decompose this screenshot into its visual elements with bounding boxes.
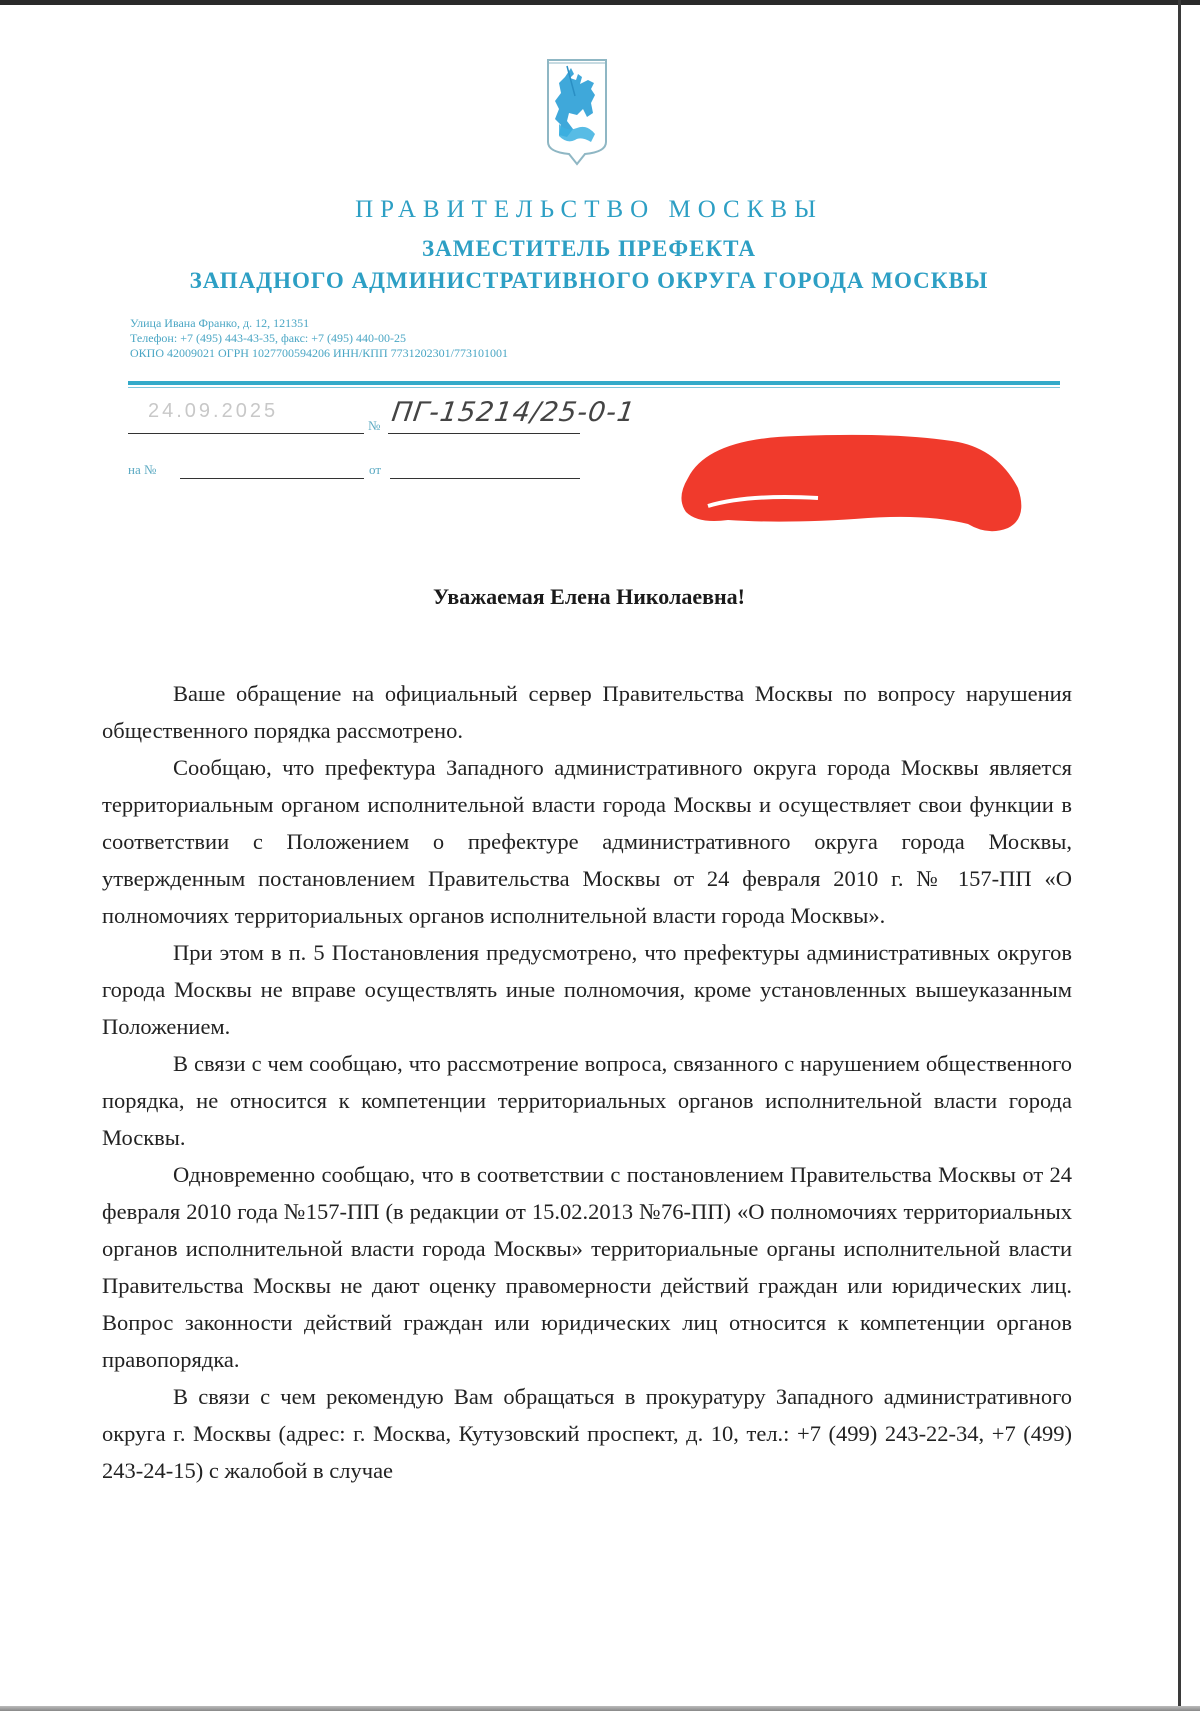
body-paragraph: При этом в п. 5 Постановления предусмотр… [102,934,1072,1045]
scan-edge-top [0,0,1200,5]
from-label: от [369,462,381,478]
department-title: ЗАМЕСТИТЕЛЬ ПРЕФЕКТА [0,236,1178,262]
document-page: ПРАВИТЕЛЬСТВО МОСКВЫ ЗАМЕСТИТЕЛЬ ПРЕФЕКТ… [0,0,1178,1706]
date-stamp: 24.09.2025 [148,400,278,423]
body-paragraph: Сообщаю, что префектура Западного админи… [102,749,1072,934]
letterhead-divider [128,381,1060,385]
codes-line: ОКПО 42009021 ОГРН 1027700594206 ИНН/КПП… [130,346,508,361]
contact-block: Улица Ивана Франко, д. 12, 121351 Телефо… [130,316,508,361]
from-line [390,478,580,479]
body-paragraph: Ваше обращение на официальный сервер Пра… [102,675,1072,749]
address-line: Улица Ивана Франко, д. 12, 121351 [130,316,508,331]
body-paragraph: В связи с чем сообщаю, что рассмотрение … [102,1045,1072,1156]
scan-edge-right [1178,0,1181,1711]
number-line [388,433,580,434]
addressee-redaction [668,428,1028,538]
salutation: Уважаемая Елена Николаевна! [0,584,1178,610]
government-title: ПРАВИТЕЛЬСТВО МОСКВЫ [0,196,1178,224]
number-label: № [368,418,380,434]
moscow-coat-of-arms-icon [545,56,609,166]
district-title: ЗАПАДНОГО АДМИНИСТРАТИВНОГО ОКРУГА ГОРОД… [0,268,1178,294]
phone-line: Телефон: +7 (495) 443-43-35, факс: +7 (4… [130,331,508,346]
reply-to-line [180,478,364,479]
scan-edge-bottom [0,1706,1200,1711]
date-line [128,433,364,434]
registration-number: ПГ-15214/25-0-1 [390,397,638,428]
reply-to-label: на № [128,462,156,478]
body-paragraph: Одновременно сообщаю, что в соответствии… [102,1156,1072,1378]
letter-body: Ваше обращение на официальный сервер Пра… [102,675,1072,1489]
letterhead-divider-thin [128,387,1060,388]
body-paragraph: В связи с чем рекомендую Вам обращаться … [102,1378,1072,1489]
